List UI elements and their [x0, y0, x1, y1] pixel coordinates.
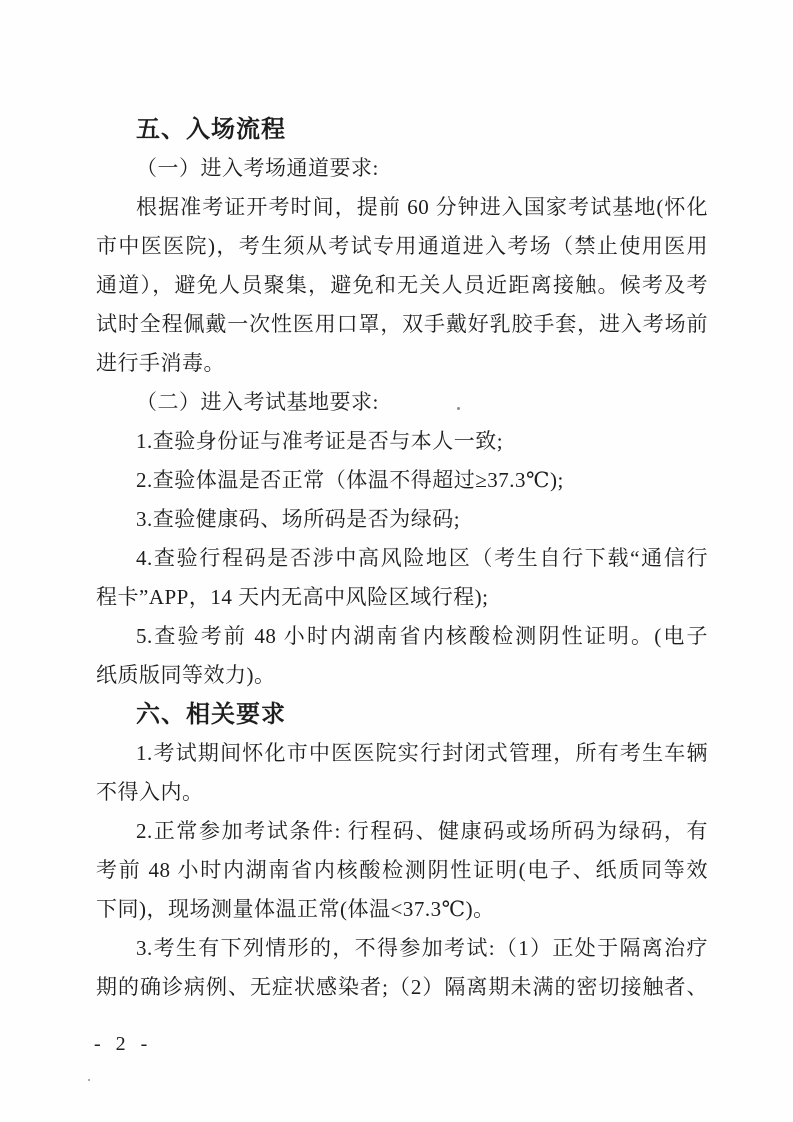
text-line: 不得入内。 — [96, 773, 708, 812]
page-number: - 2 - — [94, 1030, 152, 1058]
text-line: （一）进入考场通道要求: — [96, 149, 708, 188]
text-line: 2.查验体温是否正常（体温不得超过≥37.3℃); — [96, 461, 708, 500]
scan-speck — [88, 1079, 90, 1081]
text-line: 纸质版同等效力)。 — [96, 656, 708, 695]
text-line: 1.考试期间怀化市中医医院实行封闭式管理，所有考生车辆 — [96, 734, 708, 773]
text-line: 5.查验考前 48 小时内湖南省内核酸检测阴性证明。(电子版、 — [96, 617, 708, 656]
text-line: 考前 48 小时内湖南省内核酸检测阴性证明(电子、纸质同等效力， — [96, 851, 708, 890]
section-heading: 五、入场流程 — [96, 110, 708, 149]
text-line: 进行手消毒。 — [96, 344, 708, 383]
text-line: 1.查验身份证与准考证是否与本人一致; — [96, 422, 708, 461]
text-line: 下同)，现场测量体温正常(体温<37.3℃)。 — [96, 890, 708, 929]
text-line: 程卡”APP，14 天内无高中风险区域行程); — [96, 578, 708, 617]
text-line: 市中医医院)，考生须从考试专用通道进入考场（禁止使用医用 — [96, 227, 708, 266]
text-line: 期的确诊病例、无症状感染者;（2）隔离期未满的密切接触者、 — [96, 968, 708, 1007]
text-line: 3.考生有下列情形的，不得参加考试:（1）正处于隔离治疗 — [96, 929, 708, 968]
document-body: 五、入场流程（一）进入考场通道要求:根据准考证开考时间，提前 60 分钟进入国家… — [96, 110, 708, 1007]
text-line: 通道），避免人员聚集，避免和无关人员近距离接触。候考及考 — [96, 266, 708, 305]
text-line: 2.正常参加考试条件: 行程码、健康码或场所码为绿码，有 — [96, 812, 708, 851]
text-line: 4.查验行程码是否涉中高风险地区（考生自行下载“通信行 — [96, 539, 708, 578]
text-line: 3.查验健康码、场所码是否为绿码; — [96, 500, 708, 539]
scan-speck — [457, 407, 460, 410]
text-line: （二）进入考试基地要求: — [96, 383, 708, 422]
text-line: 根据准考证开考时间，提前 60 分钟进入国家考试基地(怀化 — [96, 188, 708, 227]
text-line: 试时全程佩戴一次性医用口罩，双手戴好乳胶手套，进入考场前 — [96, 305, 708, 344]
document-page: 五、入场流程（一）进入考场通道要求:根据准考证开考时间，提前 60 分钟进入国家… — [0, 0, 793, 1122]
section-heading: 六、相关要求 — [96, 695, 708, 734]
